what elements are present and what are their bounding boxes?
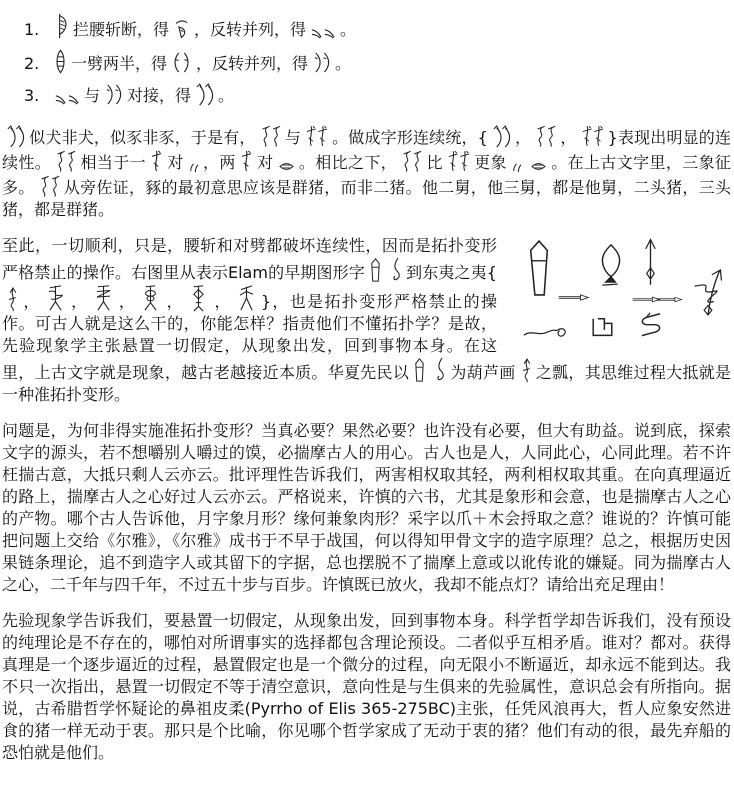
text-run: 。	[340, 20, 356, 39]
glyph-double-chevron	[310, 27, 336, 40]
paragraph-topology-taboo: 至此，一切顺利，只是，腰斩和对劈都破坏连续性，因而是拓扑变形严格禁止的操作。右图…	[2, 235, 731, 406]
list-item-number: 3.	[24, 84, 42, 108]
text-run: ，反转并列，得	[194, 20, 306, 39]
list-item: 2.一劈两半，得，反转并列，得。	[2, 49, 731, 76]
text-run: ，	[70, 292, 89, 311]
document-body: 1.拦腰斩断，得，反转并列，得。2.一劈两半，得，反转并列，得。3.与对接，得。…	[0, 0, 734, 788]
list-item: 1.拦腰斩断，得，反转并列，得。	[2, 12, 731, 42]
fig-arrow-glyph	[655, 295, 683, 304]
text-run: ，	[118, 292, 137, 311]
text-run: 先验现象学告诉我们，要悬置一切假定，从现象出发，回到事物本身。科学哲学却告诉我们…	[2, 611, 731, 762]
text-run: 对	[257, 153, 274, 172]
text-run: 问题是，为何非得实施准拓扑变形？当真必要？果然必要？也许没有必要，但大有助益。说…	[2, 421, 731, 594]
fig-arrow-glyph	[557, 293, 590, 302]
glyph-triple-join	[492, 125, 511, 148]
paragraph-why-quasi-topology: 问题是，为何非得实施准拓扑变形？当真必要？果然必要？也许没有必要，但大有助益。说…	[2, 420, 731, 596]
text-run: ，	[515, 128, 531, 147]
glyph-pig-pair	[535, 124, 556, 148]
glyph-pig-pair	[401, 149, 422, 173]
text-run: 。相比之下，	[299, 153, 398, 172]
glyph-cowrie-full	[54, 49, 67, 74]
glyph-yi-3	[140, 284, 161, 312]
glyph-scoop	[520, 358, 532, 383]
fig-scurve-glyph	[637, 311, 665, 342]
text-run: 更象	[474, 153, 507, 172]
glyph-triple-join	[195, 83, 214, 106]
elam-to-yi-evolution-figure	[509, 235, 731, 349]
text-run: 与	[84, 86, 100, 105]
glyph-yi-1	[45, 284, 66, 312]
list-item-number: 1.	[24, 18, 42, 42]
glyph-hook-curve	[434, 357, 446, 383]
list-item-number: 2.	[24, 52, 42, 76]
glyph-yi-5	[236, 284, 257, 312]
glyph-sickle-half	[173, 18, 190, 40]
glyph-double-paren	[104, 83, 123, 106]
text-run: ，	[165, 292, 184, 311]
glyph-cowrie-small	[530, 160, 547, 173]
glyph-pig-pair	[55, 149, 76, 173]
glyph-claw-mark	[511, 162, 522, 173]
text-run: 似犬非犬，似豕非豕，于是有，	[29, 128, 256, 147]
glyph-yi-2	[93, 284, 114, 312]
paragraph-phenomenology-vs-science: 先验现象学告诉我们，要悬置一切假定，从现象出发，回到事物本身。科学哲学却告诉我们…	[2, 610, 731, 764]
numbered-list: 1.拦腰斩断，得，反转并列，得。2.一劈两半，得，反转并列，得。3.与对接，得。	[2, 12, 731, 108]
glyph-double-chevron	[54, 93, 80, 106]
text-run: ，两	[203, 153, 236, 172]
text-run: 到东夷之夷{	[406, 263, 497, 282]
glyph-dog-single	[150, 149, 163, 173]
text-run: 相当于一	[80, 153, 146, 172]
text-run: 为葫芦画	[450, 363, 515, 382]
glyph-vessel-small	[369, 257, 382, 283]
text-run: 从旁佐证，豩的最初意思应该是群猪，而非二猪。他二舅，他三舅，都是他舅，二头猪，三…	[2, 178, 731, 219]
glyph-pig-pair	[260, 124, 281, 148]
glyph-dog-single	[240, 149, 253, 173]
text-run: 对接，得	[127, 86, 191, 105]
glyph-double-paren	[312, 51, 331, 74]
glyph-scoop	[6, 287, 18, 312]
glyph-pig-pair	[39, 174, 60, 198]
text-run: 一劈两半，得	[71, 54, 167, 73]
text-run: 与	[285, 128, 301, 147]
text-run: ，反转并列，得	[196, 54, 308, 73]
list-item: 3.与对接，得。	[2, 83, 731, 108]
glyph-dog-pair	[447, 149, 470, 173]
glyph-sickle-full	[54, 12, 69, 40]
glyph-triple-join	[6, 125, 25, 148]
text-run: ，	[213, 292, 232, 311]
glyph-cowrie-small	[278, 160, 295, 173]
text-run: 比	[426, 153, 443, 172]
fig-box-glyph	[587, 315, 618, 341]
fig-vessel-glyph	[525, 239, 553, 297]
text-run: 对	[167, 153, 184, 172]
text-run: 。做成字形连续统，{	[332, 128, 488, 147]
glyph-paren-pair	[171, 51, 192, 74]
glyph-hook-curve	[390, 257, 402, 283]
text-run: 。	[335, 54, 351, 73]
text-run: 。	[218, 86, 234, 105]
glyph-claw-mark	[188, 162, 199, 173]
glyph-dog-pair	[581, 124, 604, 148]
glyph-yi-4	[188, 284, 209, 312]
glyph-dog-pair	[305, 124, 328, 148]
text-run: ，	[22, 292, 41, 311]
fig-arrowloop-glyph	[642, 237, 659, 291]
text-run: 拦腰斩断，得	[73, 20, 169, 39]
glyph-vessel-small	[413, 357, 426, 383]
fig-complex-glyph	[685, 265, 731, 319]
paragraph-glyph-continuum: 似犬非犬，似豕非豕，于是有，与。做成字形连续统，{，，}表现出明显的连续性。相当…	[2, 124, 731, 221]
fig-kite-glyph	[593, 243, 629, 287]
text-run: ，	[560, 128, 576, 147]
fig-curl-glyph	[522, 323, 569, 340]
